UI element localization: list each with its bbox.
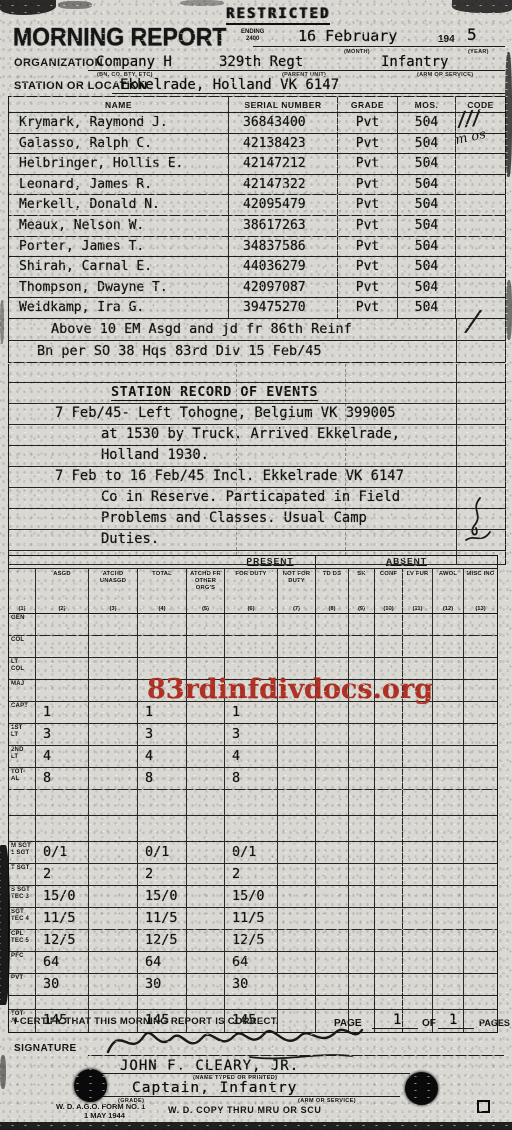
stats-sk-cell bbox=[349, 768, 375, 789]
scan-artifact bbox=[452, 0, 512, 13]
roster-serial-cell: 36843400 bbox=[229, 113, 338, 133]
stats-rank-label: CAPT bbox=[9, 702, 36, 723]
event-row: at 1530 by Truck. Arrived Ekkelrade, bbox=[9, 425, 505, 446]
stats-notduty-cell bbox=[278, 974, 316, 995]
roster-name-cell: Krymark, Raymond J. bbox=[9, 113, 229, 133]
stats-lvfur-cell bbox=[403, 790, 433, 815]
stats-sk-cell bbox=[349, 816, 375, 841]
stats-misc-cell bbox=[464, 886, 497, 907]
stats-asgd-cell bbox=[36, 816, 89, 841]
stats-forduty-cell: 0/1 bbox=[225, 842, 278, 863]
stats-sk-cell bbox=[349, 746, 375, 767]
stats-notduty-cell bbox=[278, 790, 316, 815]
stats-rank-label: SGT TEC 4 bbox=[9, 908, 36, 929]
roster-serial-cell: 42097087 bbox=[229, 278, 338, 298]
stats-awol-cell bbox=[433, 842, 464, 863]
roster-grade-cell: Pvt bbox=[338, 154, 398, 174]
stats-atchd-cell bbox=[89, 746, 138, 767]
stats-tdds-cell bbox=[316, 746, 349, 767]
stats-atchd-cell bbox=[89, 886, 138, 907]
stats-row: M SGT 1 SGT 0/1 0/1 0/1 bbox=[9, 842, 497, 864]
stats-tdds-cell bbox=[316, 908, 349, 929]
stats-awol-cell bbox=[433, 952, 464, 973]
roster-name-cell: Galasso, Ralph C. bbox=[9, 134, 229, 154]
stats-atchdfr-cell bbox=[187, 636, 225, 657]
stats-lvfur-cell bbox=[403, 614, 433, 635]
events-section: STATION RECORD OF EVENTS 7 Feb/45- Left … bbox=[8, 364, 506, 565]
roster-name-cell: Porter, James T. bbox=[9, 237, 229, 257]
stats-forduty-cell: 15/0 bbox=[225, 886, 278, 907]
roster-note-code-cell bbox=[456, 319, 505, 340]
stats-sk-cell bbox=[349, 636, 375, 657]
stats-awol-cell bbox=[433, 724, 464, 745]
roster-serial-cell: 42147212 bbox=[229, 154, 338, 174]
stats-row: S SGT TEC 3 15/0 15/0 15/0 bbox=[9, 886, 497, 908]
stats-notduty-cell bbox=[278, 746, 316, 767]
stats-forduty-cell: 12/5 bbox=[225, 930, 278, 951]
stats-notduty-cell bbox=[278, 864, 316, 885]
table-row: Porter, James T. 34837586 Pvt 504 bbox=[9, 237, 505, 258]
stats-tdds-cell bbox=[316, 930, 349, 951]
event-line: Duties. bbox=[9, 530, 456, 550]
roster-mos-cell: 504 bbox=[398, 216, 456, 236]
roster-code-cell bbox=[456, 216, 505, 236]
grade-underline bbox=[100, 1096, 400, 1097]
table-row: Thompson, Dwayne T. 42097087 Pvt 504 bbox=[9, 278, 505, 299]
stats-awol-cell bbox=[433, 614, 464, 635]
roster-grade-cell: Pvt bbox=[338, 175, 398, 195]
roster-code-cell bbox=[456, 237, 505, 257]
stats-atchd-cell bbox=[89, 952, 138, 973]
roster-grade-cell: Pvt bbox=[338, 195, 398, 215]
stats-tdds-cell bbox=[316, 724, 349, 745]
roster-body: Krymark, Raymond J. 36843400 Pvt 504 Gal… bbox=[9, 113, 505, 319]
stats-rank-label: MAJ bbox=[9, 680, 36, 701]
roster-note-row: Above 10 EM Asgd and jd fr 86th Reinf bbox=[9, 319, 505, 341]
stats-asgd-cell: 12/5 bbox=[36, 930, 89, 951]
stats-row: 1ST LT 3 3 3 bbox=[9, 724, 497, 746]
roster-code-cell bbox=[456, 257, 505, 277]
stats-asgd-cell: 4 bbox=[36, 746, 89, 767]
stats-conf-cell bbox=[375, 636, 403, 657]
stats-asgd-cell: 64 bbox=[36, 952, 89, 973]
stats-misc-cell bbox=[464, 996, 497, 1009]
stats-conf-cell bbox=[375, 996, 403, 1009]
year-value: 5 bbox=[467, 25, 477, 44]
stats-forduty-cell bbox=[225, 614, 278, 635]
stats-conf-cell bbox=[375, 864, 403, 885]
stats-row: CPL TEC 5 12/5 12/5 12/5 bbox=[9, 930, 497, 952]
stats-awol-cell bbox=[433, 886, 464, 907]
stats-atchdfr-cell bbox=[187, 816, 225, 841]
stats-lvfur-cell bbox=[403, 768, 433, 789]
stats-sk-cell bbox=[349, 842, 375, 863]
stats-atchd-cell bbox=[89, 790, 138, 815]
roster-table: NAMESERIAL NUMBERGRADEMOS.CODE Krymark, … bbox=[8, 96, 506, 363]
event-line: Holland 1930. bbox=[9, 446, 456, 466]
stats-header-cell: SK (9) bbox=[349, 569, 375, 613]
stats-misc-cell bbox=[464, 908, 497, 929]
stats-atchd-cell bbox=[89, 614, 138, 635]
stats-notduty-cell bbox=[278, 724, 316, 745]
stats-awol-cell bbox=[433, 816, 464, 841]
stats-atchdfr-cell bbox=[187, 886, 225, 907]
stats-awol-cell bbox=[433, 974, 464, 995]
roster-code-cell bbox=[456, 278, 505, 298]
roster-grade-cell: Pvt bbox=[338, 298, 398, 318]
roster-grade-cell: Pvt bbox=[338, 278, 398, 298]
page-underline bbox=[372, 1028, 418, 1029]
organization-underline bbox=[88, 70, 505, 71]
roster-grade-cell: Pvt bbox=[338, 237, 398, 257]
stats-awol-cell bbox=[433, 790, 464, 815]
punch-hole bbox=[405, 1072, 438, 1105]
roster-code-cell bbox=[456, 195, 505, 215]
stats-rank-label: LT COL bbox=[9, 658, 36, 679]
events-title-row: STATION RECORD OF EVENTS bbox=[9, 383, 505, 404]
station-value: Ekkelrade, Holland VK 6147 bbox=[120, 77, 339, 93]
absent-group-label: ABSENT bbox=[316, 556, 497, 568]
stats-header-cell: ASGD (2) bbox=[36, 569, 89, 613]
stats-row bbox=[9, 996, 497, 1010]
roster-mos-cell: 504 bbox=[398, 237, 456, 257]
stats-total-cell bbox=[138, 636, 187, 657]
stats-atchdfr-cell bbox=[187, 864, 225, 885]
month-sublabel: (MONTH) bbox=[344, 49, 370, 55]
stats-notduty-cell bbox=[278, 930, 316, 951]
roster-serial-cell: 38617263 bbox=[229, 216, 338, 236]
scan-artifact bbox=[0, 0, 56, 15]
stats-lvfur-cell bbox=[403, 908, 433, 929]
stats-atchd-cell bbox=[89, 680, 138, 701]
station-underline bbox=[112, 93, 505, 94]
stats-group-header: PRESENT ABSENT bbox=[9, 556, 497, 569]
stats-atchdfr-cell bbox=[187, 746, 225, 767]
stats-conf-cell bbox=[375, 952, 403, 973]
stats-tdds-cell bbox=[316, 702, 349, 723]
stats-atchdfr-cell bbox=[187, 702, 225, 723]
stats-lvfur-cell bbox=[403, 930, 433, 951]
roster-header-cell: SERIAL NUMBER bbox=[229, 97, 338, 112]
stats-tdds-cell bbox=[316, 842, 349, 863]
stats-atchd-cell bbox=[89, 864, 138, 885]
stats-asgd-cell bbox=[36, 658, 89, 679]
stats-tdds-cell bbox=[316, 996, 349, 1009]
stats-forduty-cell: 64 bbox=[225, 952, 278, 973]
roster-name-cell: Shirah, Carnal E. bbox=[9, 257, 229, 277]
stats-lvfur-cell bbox=[403, 724, 433, 745]
stats-atchdfr-cell bbox=[187, 768, 225, 789]
stats-forduty-cell: 4 bbox=[225, 746, 278, 767]
scan-artifact bbox=[0, 300, 4, 344]
stats-header-cell: ATCHD UNASGD (3) bbox=[89, 569, 138, 613]
stats-lvfur-cell bbox=[403, 702, 433, 723]
stats-atchd-cell bbox=[89, 724, 138, 745]
stats-misc-cell bbox=[464, 746, 497, 767]
roster-name-cell: Meaux, Nelson W. bbox=[9, 216, 229, 236]
stats-header-cell: TOTAL (4) bbox=[138, 569, 187, 613]
table-row: Shirah, Carnal E. 44036279 Pvt 504 bbox=[9, 257, 505, 278]
stats-tdds-cell bbox=[316, 886, 349, 907]
stats-forduty-cell bbox=[225, 996, 278, 1009]
present-group-label: PRESENT bbox=[225, 556, 316, 568]
stats-lvfur-cell bbox=[403, 974, 433, 995]
stats-rank-label bbox=[9, 816, 36, 841]
stats-forduty-cell: 3 bbox=[225, 724, 278, 745]
form-date: 1 MAY 1944 bbox=[84, 1111, 125, 1121]
stats-misc-cell bbox=[464, 768, 497, 789]
roster-serial-cell: 42095479 bbox=[229, 195, 338, 215]
event-row: Holland 1930. bbox=[9, 446, 505, 467]
stats-total-cell bbox=[138, 816, 187, 841]
stats-row bbox=[9, 790, 497, 816]
stats-sk-cell bbox=[349, 724, 375, 745]
scan-artifact bbox=[345, 364, 346, 555]
stats-total-cell: 12/5 bbox=[138, 930, 187, 951]
organization-label: ORGANIZATION bbox=[14, 57, 103, 69]
event-row: 7 Feb to 16 Feb/45 Incl. Ekkelrade VK 61… bbox=[9, 467, 505, 488]
stats-table: PRESENT ABSENT (1) ASGD (2) ATCHD UNASGD… bbox=[8, 555, 498, 1033]
roster-mos-cell: 504 bbox=[398, 113, 456, 133]
stats-asgd-cell bbox=[36, 996, 89, 1009]
roster-code-cell bbox=[456, 298, 505, 318]
roster-note: Above 10 EM Asgd and jd fr 86th Reinf bbox=[9, 319, 456, 340]
roster-serial-cell: 44036279 bbox=[229, 257, 338, 277]
stats-row bbox=[9, 816, 497, 842]
roster-serial-cell: 34837586 bbox=[229, 237, 338, 257]
handwritten-flourish bbox=[456, 496, 498, 552]
stats-group-spacer bbox=[9, 556, 225, 568]
stats-atchd-cell bbox=[89, 702, 138, 723]
roster-mos-cell: 504 bbox=[398, 175, 456, 195]
stats-atchdfr-cell bbox=[187, 724, 225, 745]
roster-mos-cell: 504 bbox=[398, 257, 456, 277]
scan-artifact bbox=[506, 280, 512, 340]
table-row: Krymark, Raymond J. 36843400 Pvt 504 bbox=[9, 113, 505, 134]
stats-sk-cell bbox=[349, 952, 375, 973]
year-prefix: 194 bbox=[438, 34, 455, 45]
stats-total-cell bbox=[138, 996, 187, 1009]
roster-name-cell: Merkell, Donald N. bbox=[9, 195, 229, 215]
event-row: Co in Reserve. Particapated in Field bbox=[9, 488, 505, 509]
stats-sk-cell bbox=[349, 908, 375, 929]
roster-grade-cell: Pvt bbox=[338, 134, 398, 154]
stats-conf-cell bbox=[375, 886, 403, 907]
stats-notduty-cell bbox=[278, 996, 316, 1009]
stats-lvfur-cell bbox=[403, 952, 433, 973]
stats-conf-cell bbox=[375, 790, 403, 815]
handwritten-signature bbox=[100, 1018, 370, 1060]
stats-total-cell: 8 bbox=[138, 768, 187, 789]
stats-asgd-cell: 3 bbox=[36, 724, 89, 745]
stats-misc-cell bbox=[464, 930, 497, 951]
stats-awol-cell bbox=[433, 746, 464, 767]
stats-lvfur-cell bbox=[403, 842, 433, 863]
stats-forduty-cell bbox=[225, 790, 278, 815]
event-row: Problems and Classes. Usual Camp bbox=[9, 509, 505, 530]
stats-atchd-cell bbox=[89, 930, 138, 951]
event-row: 7 Feb/45- Left Tohogne, Belgium VK 39900… bbox=[9, 404, 505, 425]
stats-header-cell: FOR DUTY (6) bbox=[225, 569, 278, 613]
morning-report-document: RESTRICTED MORNING REPORT ENDING 2400 16… bbox=[0, 0, 512, 1130]
stats-forduty-cell bbox=[225, 636, 278, 657]
scan-artifact bbox=[0, 845, 10, 1005]
stats-notduty-cell bbox=[278, 636, 316, 657]
stats-row: SGT TEC 4 11/5 11/5 11/5 bbox=[9, 908, 497, 930]
roster-grade-cell: Pvt bbox=[338, 113, 398, 133]
stats-row: COL bbox=[9, 636, 497, 658]
report-date: 16 February bbox=[298, 27, 397, 45]
pages-underline bbox=[438, 1028, 474, 1029]
scan-artifact bbox=[236, 364, 237, 555]
roster-code-cell bbox=[456, 154, 505, 174]
table-row: Merkell, Donald N. 42095479 Pvt 504 bbox=[9, 195, 505, 216]
stats-total-cell: 30 bbox=[138, 974, 187, 995]
roster-header-cell: GRADE bbox=[338, 97, 398, 112]
stats-header-cell: CONF (10) bbox=[375, 569, 403, 613]
stats-row: CAPT 1 1 1 bbox=[9, 702, 497, 724]
stats-notduty-cell bbox=[278, 816, 316, 841]
stats-asgd-cell: 0/1 bbox=[36, 842, 89, 863]
stats-notduty-cell bbox=[278, 886, 316, 907]
table-row: Leonard, James R. 42147322 Pvt 504 bbox=[9, 175, 505, 196]
stats-lvfur-cell bbox=[403, 886, 433, 907]
stats-rank-label bbox=[9, 996, 36, 1009]
stats-forduty-cell: 1 bbox=[225, 702, 278, 723]
stats-awol-cell bbox=[433, 930, 464, 951]
stats-notduty-cell bbox=[278, 908, 316, 929]
page-number: 1 bbox=[393, 1012, 401, 1028]
stats-tdds-cell bbox=[316, 974, 349, 995]
stats-asgd-cell: 11/5 bbox=[36, 908, 89, 929]
stats-notduty-cell bbox=[278, 702, 316, 723]
stats-sk-cell bbox=[349, 790, 375, 815]
stats-forduty-cell: 30 bbox=[225, 974, 278, 995]
stats-misc-cell bbox=[464, 636, 497, 657]
stats-atchdfr-cell bbox=[187, 930, 225, 951]
stats-total-cell: 2 bbox=[138, 864, 187, 885]
stats-forduty-cell: 8 bbox=[225, 768, 278, 789]
stats-conf-cell bbox=[375, 768, 403, 789]
copy-routing-note: W. D. COPY THRU MRU OR SCU bbox=[168, 1105, 321, 1115]
roster-header-cell: MOS. bbox=[398, 97, 456, 112]
stats-total-cell: 4 bbox=[138, 746, 187, 767]
stats-misc-cell bbox=[464, 680, 497, 701]
stats-atchdfr-cell bbox=[187, 842, 225, 863]
stats-awol-cell bbox=[433, 768, 464, 789]
stats-rank-label: 1ST LT bbox=[9, 724, 36, 745]
form-title: MORNING REPORT bbox=[13, 23, 226, 52]
stats-conf-cell bbox=[375, 746, 403, 767]
stats-row: T SGT 2 2 2 bbox=[9, 864, 497, 886]
stats-asgd-cell: 1 bbox=[36, 702, 89, 723]
roster-note-row: Bn per SO 38 Hqs 83rd Div 15 Feb/45 bbox=[9, 341, 505, 363]
stats-rank-label: TOT- AL bbox=[9, 768, 36, 789]
stats-row: 2ND LT 4 4 4 bbox=[9, 746, 497, 768]
scan-artifact bbox=[0, 1055, 6, 1089]
stats-atchdfr-cell bbox=[187, 790, 225, 815]
pages-total: 1 bbox=[449, 1012, 457, 1028]
stats-atchd-cell bbox=[89, 974, 138, 995]
stats-atchdfr-cell bbox=[187, 614, 225, 635]
roster-grade-cell: Pvt bbox=[338, 216, 398, 236]
stats-atchdfr-cell bbox=[187, 996, 225, 1009]
stats-misc-cell bbox=[464, 842, 497, 863]
stats-asgd-cell: 15/0 bbox=[36, 886, 89, 907]
stats-asgd-cell: 2 bbox=[36, 864, 89, 885]
stats-header-cell: TD DS (8) bbox=[316, 569, 349, 613]
stats-tdds-cell bbox=[316, 952, 349, 973]
event-line: 7 Feb/45- Left Tohogne, Belgium VK 39900… bbox=[9, 404, 456, 424]
roster-name-cell: Weidkamp, Ira G. bbox=[9, 298, 229, 318]
ruled-blank-row bbox=[9, 364, 505, 383]
of-label: OF bbox=[422, 1018, 436, 1029]
stats-notduty-cell bbox=[278, 614, 316, 635]
roster-code-cell bbox=[456, 175, 505, 195]
stats-total-cell: 64 bbox=[138, 952, 187, 973]
stats-misc-cell bbox=[464, 952, 497, 973]
roster-serial-cell: 42147322 bbox=[229, 175, 338, 195]
stats-header-cell: NOT FOR DUTY (7) bbox=[278, 569, 316, 613]
stats-tdds-cell bbox=[316, 790, 349, 815]
stats-asgd-cell bbox=[36, 790, 89, 815]
stats-row: PFC 64 64 64 bbox=[9, 952, 497, 974]
stats-misc-cell bbox=[464, 790, 497, 815]
stats-sk-cell bbox=[349, 996, 375, 1009]
stats-lvfur-cell bbox=[403, 636, 433, 657]
roster-serial-cell: 42138423 bbox=[229, 134, 338, 154]
roster-mos-cell: 504 bbox=[398, 195, 456, 215]
stats-conf-cell bbox=[375, 724, 403, 745]
stats-rank-label: PFC bbox=[9, 952, 36, 973]
table-row: Weidkamp, Ira G. 39475270 Pvt 504 bbox=[9, 298, 505, 319]
stats-conf-cell bbox=[375, 816, 403, 841]
stats-atchd-cell bbox=[89, 996, 138, 1009]
punch-hole bbox=[74, 1069, 107, 1102]
stats-tdds-cell bbox=[316, 636, 349, 657]
roster-mos-cell: 504 bbox=[398, 154, 456, 174]
stats-asgd-cell bbox=[36, 636, 89, 657]
stats-column-headers: (1) ASGD (2) ATCHD UNASGD (3) TOTAL (4) … bbox=[9, 569, 497, 614]
stats-awol-cell bbox=[433, 680, 464, 701]
stats-sk-cell bbox=[349, 930, 375, 951]
stats-total-cell: 11/5 bbox=[138, 908, 187, 929]
stats-misc-cell bbox=[464, 702, 497, 723]
roster-name-cell: Helbringer, Hollis E. bbox=[9, 154, 229, 174]
signed-name: JOHN F. CLEARY, JR. bbox=[120, 1058, 299, 1074]
event-line: 7 Feb to 16 Feb/45 Incl. Ekkelrade VK 61… bbox=[9, 467, 456, 487]
stats-rank-label: PVT bbox=[9, 974, 36, 995]
stats-forduty-cell bbox=[225, 816, 278, 841]
stats-atchd-cell bbox=[89, 658, 138, 679]
stats-total-cell: 15/0 bbox=[138, 886, 187, 907]
date-underline bbox=[253, 46, 505, 47]
stats-lvfur-cell bbox=[403, 864, 433, 885]
stats-rank-label: 2ND LT bbox=[9, 746, 36, 767]
stats-row: GEN bbox=[9, 614, 497, 636]
stats-atchdfr-cell bbox=[187, 974, 225, 995]
stats-awol-cell bbox=[433, 658, 464, 679]
table-row: Galasso, Ralph C. 42138423 Pvt 504 bbox=[9, 134, 505, 155]
stats-asgd-cell bbox=[36, 614, 89, 635]
roster-note: Bn per SO 38 Hqs 83rd Div 15 Feb/45 bbox=[9, 341, 456, 362]
stats-conf-cell bbox=[375, 842, 403, 863]
name-underline bbox=[100, 1073, 410, 1074]
stats-lvfur-cell bbox=[403, 816, 433, 841]
stats-atchdfr-cell bbox=[187, 908, 225, 929]
roster-header-row: NAMESERIAL NUMBERGRADEMOS.CODE bbox=[9, 97, 505, 113]
ending-label: ENDING 2400 bbox=[241, 29, 264, 43]
